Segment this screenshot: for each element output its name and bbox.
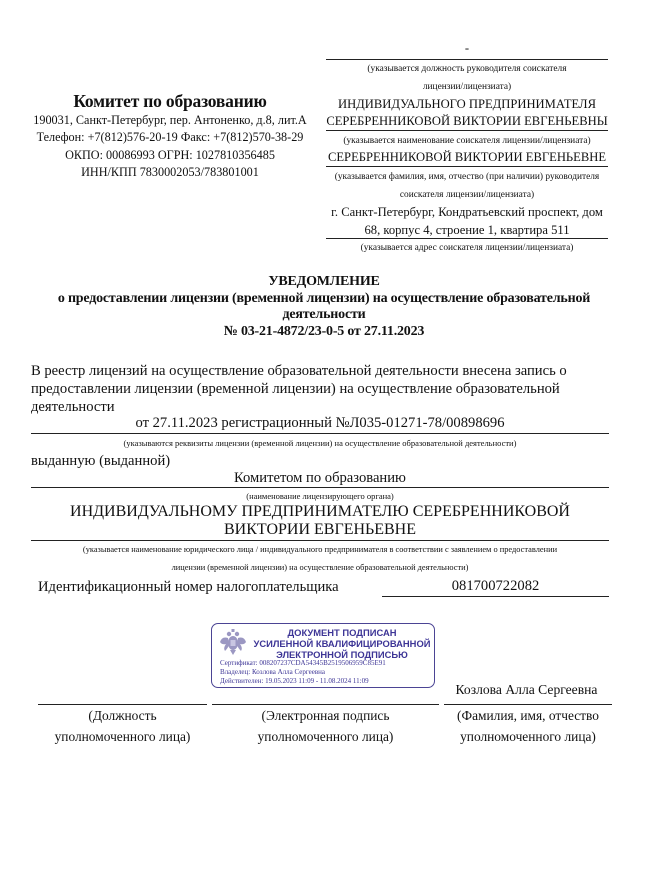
issuer-caption: (наименование лицензирующего органа) (31, 491, 609, 501)
stamp-heading-line-2: УСИЛЕННОЙ КВАЛИФИЦИРОВАННОЙ (252, 638, 432, 649)
signature-col1-line (38, 704, 207, 705)
issuer-name: Комитетом по образованию (31, 470, 609, 487)
stamp-heading-line-1: ДОКУМЕНТ ПОДПИСАН (252, 627, 432, 638)
notice-heading: УВЕДОМЛЕНИЕ (0, 274, 648, 290)
body-paragraph-line-1: В реестр лицензий на осуществление образ… (31, 363, 567, 381)
recipient-head-line (326, 166, 608, 167)
issuer-line (31, 487, 609, 488)
signature-col3-line (444, 704, 612, 705)
signature-fio-caption-2: уполномоченного лица) (444, 727, 612, 748)
recipient-head: СЕРЕБРЕННИКОВОЙ ВИКТОРИИ ЕВГЕНЬЕВНЕ (326, 148, 608, 166)
signature-fio-caption: (Фамилия, имя, отчество (444, 706, 612, 727)
electronic-signature-stamp: ДОКУМЕНТ ПОДПИСАН УСИЛЕННОЙ КВАЛИФИЦИРОВ… (211, 623, 435, 688)
stamp-heading: ДОКУМЕНТ ПОДПИСАН УСИЛЕННОЙ КВАЛИФИЦИРОВ… (252, 627, 432, 660)
stamp-owner: Владелец: Козлова Алла Сергеевна (220, 668, 325, 677)
recipient-head-caption-2: соискателя лицензии/лицензиата) (326, 186, 608, 204)
sender-address: 190031, Санкт-Петербург, пер. Антоненко,… (20, 112, 320, 129)
issued-label: выданную (выданной) (31, 453, 170, 471)
recipient-position-caption-2: лицензии/лицензиата) (326, 78, 608, 96)
recipient-name-line-1: ИНДИВИДУАЛЬНОГО ПРЕДПРИНИМАТЕЛЯ (326, 95, 608, 113)
stamp-validity: Действителен: 19.05.2023 11:09 - 11.08.2… (220, 677, 369, 686)
recipient-head-caption: (указывается фамилия, имя, отчество (при… (326, 168, 608, 186)
inn-line (382, 596, 609, 597)
sender-okpo-ogrn: ОКПО: 00086993 ОГРН: 1027810356485 (20, 147, 320, 164)
licensee-caption: (указывается наименование юридического л… (31, 540, 609, 560)
notice-subtitle-2: деятельности (0, 307, 648, 323)
notice-subtitle: о предоставлении лицензии (временной лиц… (0, 291, 648, 307)
sender-phone-fax: Телефон: +7(812)576-20-19 Факс: +7(812)5… (20, 129, 320, 146)
inn-value: 081700722082 (382, 578, 609, 595)
signature-esign-caption-2: уполномоченного лица) (212, 727, 439, 748)
inn-label: Идентификационный номер налогоплательщик… (38, 579, 339, 597)
recipient-address-caption: (указывается адрес соискателя лицензии/л… (326, 239, 608, 257)
signature-col2-line (212, 704, 439, 705)
recipient-name-line (326, 130, 608, 131)
signature-esign-caption: (Электронная подпись (212, 706, 439, 727)
license-details: от 27.11.2023 регистрационный №Л035-0127… (31, 415, 609, 432)
licensee-name-line-1: ИНДИВИДУАЛЬНОМУ ПРЕДПРИНИМАТЕЛЮ СЕРЕБРЕН… (31, 502, 609, 522)
license-details-line (31, 433, 609, 434)
recipient-position-caption: (указывается должность руководителя соис… (326, 60, 608, 78)
coat-of-arms-icon (218, 628, 248, 656)
sender-inn-kpp: ИНН/КПП 7830002053/783801001 (20, 164, 320, 181)
stamp-certificate: Сертификат: 008207237CDA54345B2519506959… (220, 659, 386, 668)
body-paragraph-line-2: предоставлении лицензии (временной лицен… (31, 381, 560, 399)
license-details-caption: (указываются реквизиты лицензии (временн… (31, 438, 609, 448)
notice-number: № 03-21-4872/23-0-5 от 27.11.2023 (0, 324, 648, 340)
recipient-position: - (326, 39, 608, 57)
sender-name: Комитет по образованию (20, 91, 320, 112)
recipient-address-line-1: г. Санкт-Петербург, Кондратьевский просп… (326, 203, 608, 221)
recipient-address-line-2: 68, корпус 4, строение 1, квартира 511 (326, 221, 608, 239)
signer-name: Козлова Алла Сергеевна (444, 682, 609, 698)
licensee-caption-2: лицензии (временной лицензии) на осущест… (31, 558, 609, 578)
recipient-name-line-2: СЕРЕБРЕННИКОВОЙ ВИКТОРИИ ЕВГЕНЬЕВНЫ (326, 112, 608, 130)
licensee-name-line-2: ВИКТОРИИ ЕВГЕНЬЕВНЕ (31, 520, 609, 540)
signature-position-caption-2: уполномоченного лица) (38, 727, 207, 748)
signature-position-caption: (Должность (38, 706, 207, 727)
